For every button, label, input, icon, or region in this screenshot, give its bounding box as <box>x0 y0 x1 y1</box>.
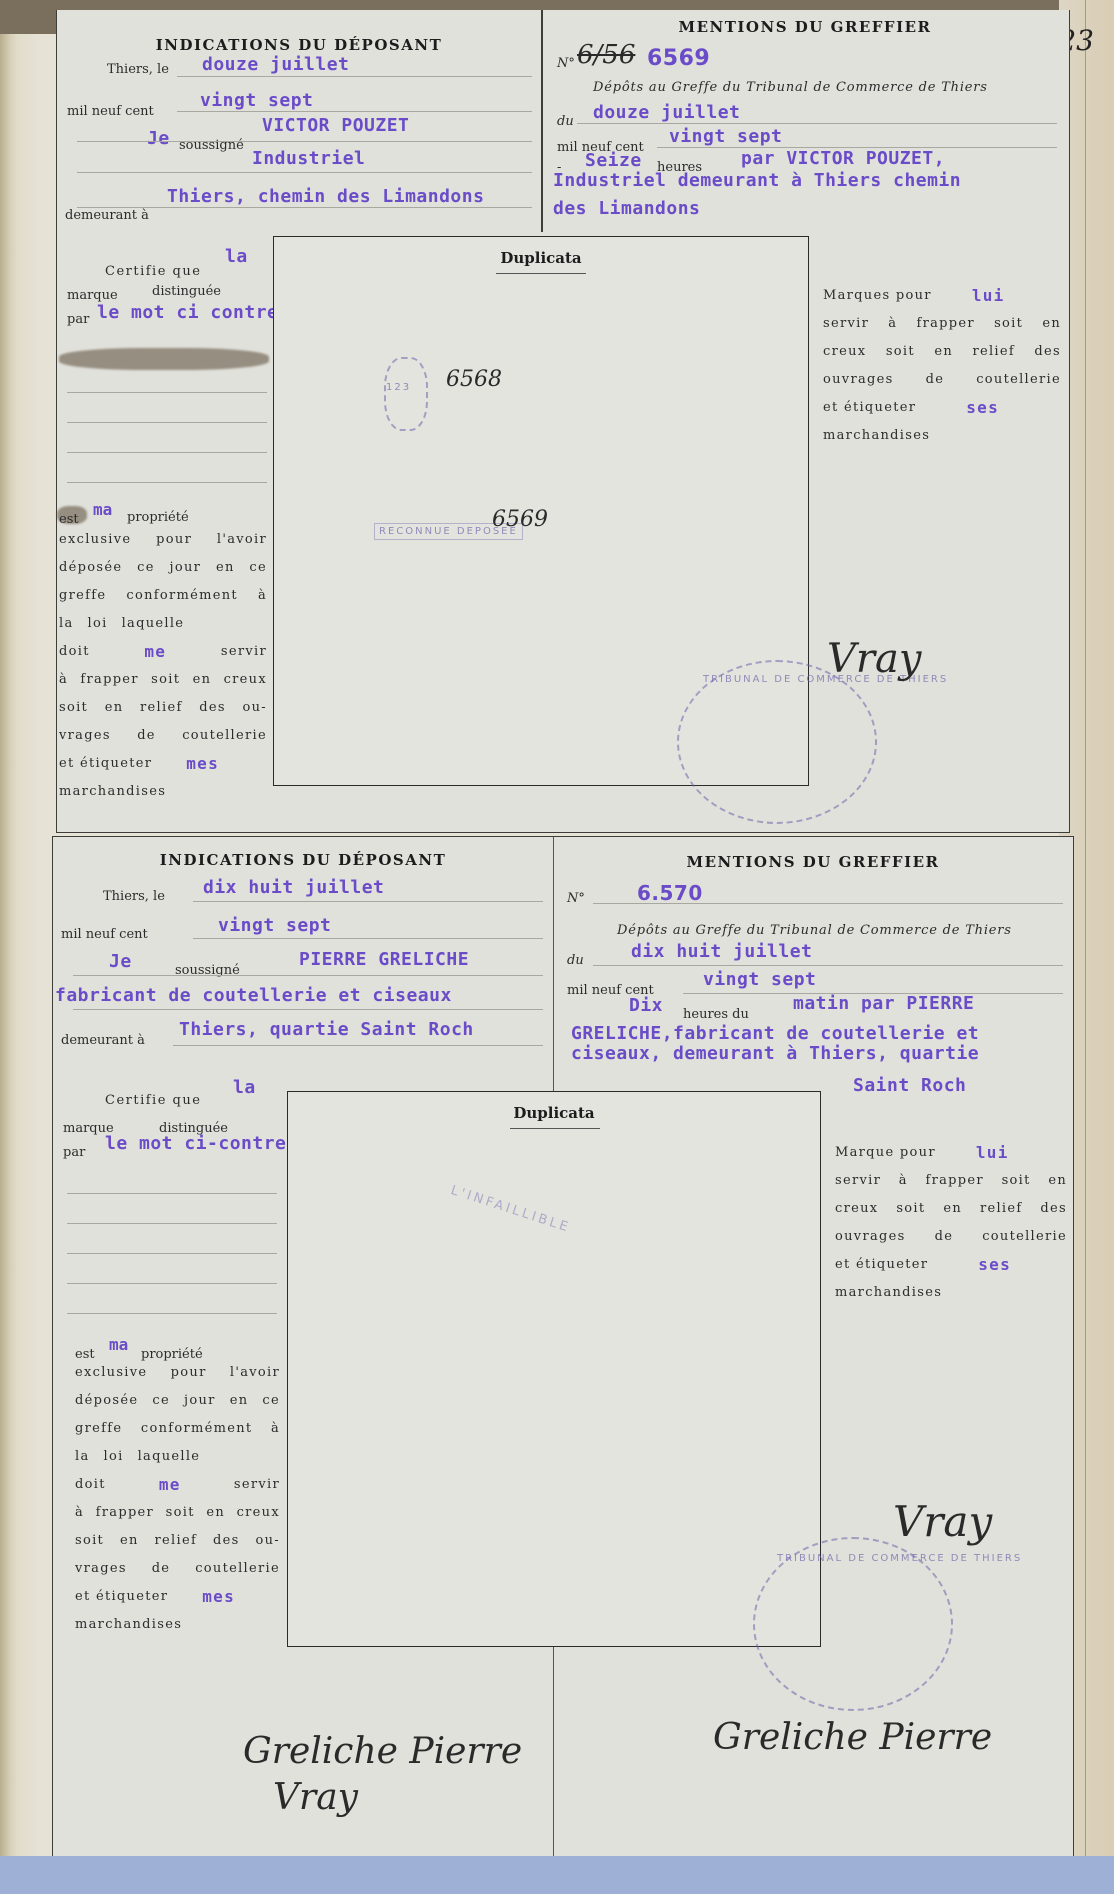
du-label: du <box>567 953 584 968</box>
word: laquelle <box>122 610 185 638</box>
register-entry-6570: INDICATIONS DU DÉPOSANT Thiers, le dix h… <box>52 836 1074 1858</box>
word: des <box>213 1527 240 1555</box>
word: soit <box>59 694 88 722</box>
word: à <box>888 310 897 338</box>
rule <box>73 975 543 976</box>
word: de <box>137 722 156 750</box>
word: de <box>926 366 945 394</box>
embossed-linfaillible-mark: L'INFAILLIBLE <box>449 1183 573 1236</box>
greffier-line-3: des Limandons <box>553 198 700 219</box>
marchandises-label: marchandises <box>59 778 166 806</box>
je-word: Je <box>147 128 170 149</box>
body-line: déposéecejourence <box>75 1387 280 1415</box>
word: ouvrages <box>823 366 894 394</box>
word: en <box>206 1499 225 1527</box>
word: creux <box>237 1499 280 1527</box>
deposit-year: vingt sept <box>218 915 331 936</box>
seal-text: TRIBUNAL DE COMMERCE DE THIERS <box>777 1553 1022 1564</box>
word: l'avoir <box>217 526 267 554</box>
depositor-signature-right: Greliche Pierre <box>713 1717 992 1758</box>
deposit-year: vingt sept <box>200 90 313 111</box>
propriete-label: propriété <box>127 510 189 525</box>
rule <box>177 76 532 77</box>
word: coutellerie <box>976 366 1061 394</box>
word: ce <box>137 554 155 582</box>
body-line: Marque pourlui <box>835 1139 1067 1167</box>
deposant-body-text: exclusivepourl'avoir déposéecejourence g… <box>75 1359 280 1639</box>
body-line: creuxsoitenreliefdes <box>835 1195 1067 1223</box>
deposit-number: 6569 <box>647 46 710 71</box>
greffier-line-3: ciseaux, demeurant à Thiers, quartie <box>571 1043 979 1064</box>
word: servir <box>835 1167 881 1195</box>
word: loi <box>88 610 108 638</box>
body-line: àfrappersoitencreux <box>59 666 267 694</box>
numero-label: N° <box>567 891 585 906</box>
greffier-year: vingt sept <box>669 126 782 147</box>
word: en <box>105 694 124 722</box>
word: des <box>199 694 226 722</box>
body-line: exclusivepourl'avoir <box>59 526 267 554</box>
column-divider <box>541 10 543 232</box>
word: en <box>120 1527 139 1555</box>
deposit-hour: Seize <box>585 150 642 171</box>
word: creux <box>823 338 866 366</box>
demeurant-label: demeurant à <box>61 1033 145 1048</box>
word: ou- <box>242 694 267 722</box>
word: en <box>216 554 235 582</box>
depositor-profession: Industriel <box>252 148 365 169</box>
body-line: et étiqueterses <box>823 394 1061 422</box>
body-line: serviràfrappersoiten <box>835 1167 1067 1195</box>
lui-word: lui <box>972 282 1005 310</box>
rule <box>77 141 532 142</box>
servir-label: servir <box>234 1471 280 1499</box>
word: servir <box>823 310 869 338</box>
word: soit <box>75 1527 104 1555</box>
me-word: me <box>144 638 166 666</box>
marque-label: Marques pour <box>823 282 932 310</box>
word: soit <box>896 1195 925 1223</box>
word: en <box>230 1387 249 1415</box>
rule <box>67 1313 277 1314</box>
body-line: àfrappersoitencreux <box>75 1499 280 1527</box>
word: creux <box>224 666 267 694</box>
depositor-name: VICTOR POUZET <box>262 115 409 136</box>
word: soit <box>994 310 1023 338</box>
etiqueter-label: et étiqueter <box>823 394 916 422</box>
word: à <box>899 1167 908 1195</box>
word: greffe <box>75 1415 122 1443</box>
word: la <box>59 610 74 638</box>
deposit-date: douze juillet <box>202 54 349 75</box>
word: soit <box>151 666 180 694</box>
word: en <box>193 666 212 694</box>
rule <box>67 482 267 483</box>
marchandises-label: marchandises <box>835 1279 942 1307</box>
rule <box>593 903 1063 904</box>
par-value: le mot ci-contre <box>105 1133 286 1154</box>
word: jour <box>170 554 202 582</box>
word: exclusive <box>59 526 131 554</box>
body-line: soitenreliefdesou- <box>75 1527 280 1555</box>
du-label: du <box>557 114 574 129</box>
deposant-heading: INDICATIONS DU DÉPOSANT <box>53 851 553 869</box>
body-line: ouvragesdecoutellerie <box>823 366 1061 394</box>
depositor-address: Thiers, chemin des Limandons <box>167 186 484 207</box>
word: relief <box>972 338 1015 366</box>
word: frapper <box>80 666 138 694</box>
certifie-value: la <box>225 246 248 267</box>
body-line: déposéecejourence <box>59 554 267 582</box>
thiers-le-label: Thiers, le <box>103 889 165 904</box>
word: exclusive <box>75 1359 147 1387</box>
duplicata-title: Duplicata <box>274 249 808 267</box>
greffier-heading: MENTIONS DU GREFFIER <box>553 853 1073 871</box>
word: à <box>271 1415 280 1443</box>
greffier-line-2: GRELICHE,fabricant de coutellerie et <box>571 1023 979 1044</box>
body-line: Marques pourlui <box>823 282 1061 310</box>
rule <box>77 207 532 208</box>
certifie-label: Certifie que <box>105 264 201 279</box>
depots-line: Dépôts au Greffe du Tribunal de Commerce… <box>617 923 1012 938</box>
word: frapper <box>916 310 974 338</box>
body-line: greffeconformémentà <box>59 582 267 610</box>
numero-label: N° <box>557 56 575 71</box>
par-label: par <box>67 312 89 327</box>
word: ce <box>249 554 267 582</box>
word: des <box>1040 1195 1067 1223</box>
word: frapper <box>925 1167 983 1195</box>
body-line: ouvragesdecoutellerie <box>835 1223 1067 1251</box>
demeurant-label: demeurant à <box>65 208 149 223</box>
mes-word: mes <box>186 750 219 778</box>
depositor-address: Thiers, quartie Saint Roch <box>179 1019 474 1040</box>
handwritten-number-6568: 6568 <box>446 367 502 392</box>
marchandises-label: marchandises <box>75 1611 182 1639</box>
mes-word: mes <box>202 1583 235 1611</box>
etiqueter-label: et étiqueter <box>75 1583 168 1611</box>
word: ou- <box>255 1527 280 1555</box>
greffier-date: douze juillet <box>593 102 740 123</box>
crown-mark-stamp-icon <box>384 357 428 431</box>
body-line: et étiqueterses <box>835 1251 1067 1279</box>
duplicata-title-rule <box>496 273 586 274</box>
word: coutellerie <box>982 1223 1067 1251</box>
duplicata-box: Duplicata L'INFAILLIBLE <box>287 1091 821 1647</box>
word: à <box>258 582 267 610</box>
struck-number: 6/56 <box>577 40 635 70</box>
word: conformément <box>141 1415 253 1443</box>
greffier-line-4: Saint Roch <box>853 1075 966 1096</box>
rule <box>67 1253 277 1254</box>
body-line: creuxsoitenreliefdes <box>823 338 1061 366</box>
rule <box>67 1283 277 1284</box>
me-word: me <box>159 1471 181 1499</box>
deposant-heading: INDICATIONS DU DÉPOSANT <box>57 36 541 54</box>
stamp-number: 123 <box>386 382 411 393</box>
word: coutellerie <box>182 722 267 750</box>
word: en <box>934 338 953 366</box>
duplicata-title: Duplicata <box>288 1104 820 1122</box>
greffier-body-text: Marques pourlui serviràfrappersoiten cre… <box>823 282 1061 450</box>
word: ouvrages <box>835 1223 906 1251</box>
rule <box>193 938 543 939</box>
rule <box>67 422 267 423</box>
word: pour <box>171 1359 207 1387</box>
word: frapper <box>96 1499 154 1527</box>
body-line: et étiquetermes <box>75 1583 280 1611</box>
body-line: serviràfrappersoiten <box>823 310 1061 338</box>
word: à <box>75 1499 84 1527</box>
body-line: vragesdecoutellerie <box>59 722 267 750</box>
word: de <box>152 1555 171 1583</box>
body-line: et étiquetermes <box>59 750 267 778</box>
year-label: mil neuf cent <box>61 927 148 942</box>
rule <box>177 111 532 112</box>
deposant-body-text: exclusivepourl'avoir déposéecejourence g… <box>59 526 267 806</box>
word: vrages <box>75 1555 127 1583</box>
clerk-signature: Vray <box>827 636 921 682</box>
body-line: laloilaquelle <box>75 1443 280 1471</box>
greffier-body-text: Marque pourlui serviràfrappersoiten creu… <box>835 1139 1067 1307</box>
servir-label: servir <box>221 638 267 666</box>
body-line: marchandises <box>835 1279 1067 1307</box>
ma-word: ma <box>93 500 112 519</box>
est-label: est <box>59 512 79 527</box>
word: des <box>1034 338 1061 366</box>
marque-label: Marque pour <box>835 1139 936 1167</box>
body-line: doitmeservir <box>75 1471 280 1499</box>
body-line: marchandises <box>823 422 1061 450</box>
rule <box>577 123 1057 124</box>
handwritten-number-6569: 6569 <box>492 507 548 532</box>
par-value: le mot ci contre <box>97 302 278 323</box>
word: en <box>943 1195 962 1223</box>
year-label: mil neuf cent <box>67 104 154 119</box>
body-line: laloilaquelle <box>59 610 267 638</box>
ses-word: ses <box>966 394 999 422</box>
rule <box>67 1223 277 1224</box>
body-line: marchandises <box>75 1611 280 1639</box>
rule <box>73 1009 543 1010</box>
word: conformément <box>126 582 238 610</box>
par-label: par <box>63 1145 85 1160</box>
greffier-par-text: par VICTOR POUZET, <box>741 148 945 169</box>
deposit-date: dix huit juillet <box>203 877 384 898</box>
word: relief <box>140 694 183 722</box>
marque-label: marque <box>67 288 118 303</box>
depots-line: Dépôts au Greffe du Tribunal de Commerce… <box>593 80 988 95</box>
word: de <box>935 1223 954 1251</box>
certifie-value: la <box>233 1077 256 1098</box>
clerk-signature: Vray <box>893 1497 992 1546</box>
word: la <box>75 1443 90 1471</box>
ses-word: ses <box>978 1251 1011 1279</box>
rule <box>67 1193 277 1194</box>
word: pour <box>156 526 192 554</box>
marchandises-label: marchandises <box>823 422 930 450</box>
greffier-year: vingt sept <box>703 969 816 990</box>
ma-word: ma <box>109 1335 128 1354</box>
word: soit <box>1002 1167 1031 1195</box>
word: à <box>59 666 68 694</box>
doit-label: doit <box>59 638 90 666</box>
margin-red-rule <box>1085 0 1086 1894</box>
depositor-signature-left: Greliche Pierre <box>243 1731 522 1772</box>
struck-handwriting <box>59 348 269 370</box>
heures-label: heures du <box>683 1007 749 1022</box>
greffier-par-text: matin par PIERRE <box>793 993 974 1014</box>
thiers-le-label: Thiers, le <box>107 62 169 77</box>
je-word: Je <box>109 951 132 972</box>
word: soit <box>886 338 915 366</box>
rule <box>67 392 267 393</box>
word: déposée <box>75 1387 138 1415</box>
duplicata-title-rule <box>510 1128 600 1129</box>
body-line: soitenreliefdesou- <box>59 694 267 722</box>
depositor-profession: fabricant de coutellerie et ciseaux <box>55 985 452 1006</box>
body-line: greffeconformémentà <box>75 1415 280 1443</box>
word: en <box>1048 1167 1067 1195</box>
deposit-hour: Dix <box>629 995 663 1016</box>
word: greffe <box>59 582 106 610</box>
register-entry-6569: INDICATIONS DU DÉPOSANT Thiers, le douze… <box>56 10 1070 833</box>
etiqueter-label: et étiqueter <box>835 1251 928 1279</box>
word: creux <box>835 1195 878 1223</box>
word: ce <box>262 1387 280 1415</box>
body-line: vragesdecoutellerie <box>75 1555 280 1583</box>
rule <box>173 1045 543 1046</box>
clerk-signature-left: Vray <box>273 1777 358 1818</box>
rule <box>67 452 267 453</box>
rule <box>193 901 543 902</box>
word: en <box>1042 310 1061 338</box>
certifie-label: Certifie que <box>105 1093 201 1108</box>
greffier-line-2: Industriel demeurant à Thiers chemin <box>553 170 961 191</box>
body-line: marchandises <box>59 778 267 806</box>
word: relief <box>155 1527 198 1555</box>
word: coutellerie <box>195 1555 280 1583</box>
word: loi <box>104 1443 124 1471</box>
word: relief <box>980 1195 1023 1223</box>
body-line: exclusivepourl'avoir <box>75 1359 280 1387</box>
rule <box>77 172 532 173</box>
depositor-name: PIERRE GRELICHE <box>299 949 469 970</box>
greffier-heading: MENTIONS DU GREFFIER <box>541 18 1069 36</box>
word: laquelle <box>138 1443 201 1471</box>
body-line: doitmeservir <box>59 638 267 666</box>
word: déposée <box>59 554 122 582</box>
word: soit <box>166 1499 195 1527</box>
lui-word: lui <box>976 1139 1009 1167</box>
word: vrages <box>59 722 111 750</box>
word: ce <box>152 1387 170 1415</box>
word: l'avoir <box>230 1359 280 1387</box>
deposit-number: 6.570 <box>637 881 703 905</box>
doit-label: doit <box>75 1471 106 1499</box>
rule <box>593 965 1063 966</box>
word: jour <box>184 1387 216 1415</box>
etiqueter-label: et étiqueter <box>59 750 152 778</box>
distinguee-label: distinguée <box>152 284 221 299</box>
greffier-date: dix huit juillet <box>631 941 812 962</box>
background-surface <box>0 1856 1114 1894</box>
